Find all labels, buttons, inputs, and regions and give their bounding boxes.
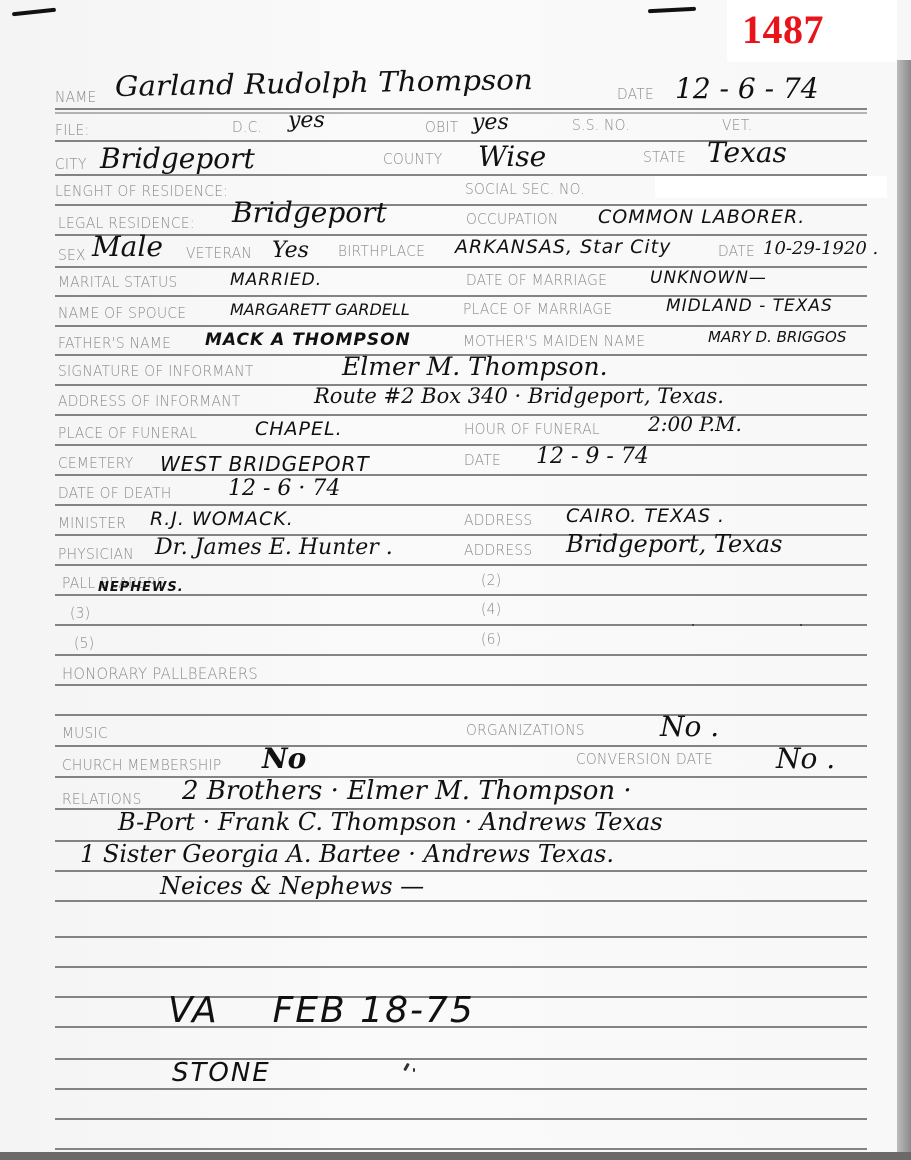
ink-speck <box>413 1068 415 1072</box>
cemetery-date-value: 12 - 9 - 74 <box>536 444 649 469</box>
place-of-funeral-label: PLACE OF FUNERAL <box>58 424 197 442</box>
physician-address-value: Bridgeport, Texas <box>566 530 782 558</box>
pallbearer-slot-4: (4) <box>481 600 501 618</box>
physician-address-label: ADDRESS <box>464 541 532 559</box>
form-line <box>55 1118 867 1120</box>
informant-signature-value: Elmer M. Thompson. <box>342 352 608 381</box>
music-label: MUSIC <box>62 724 108 742</box>
social-sec-no-label: SOCIAL SEC. NO. <box>465 180 585 198</box>
form-line <box>55 654 867 656</box>
county-value: Wise <box>478 140 546 173</box>
conversion-date-label: CONVERSION DATE <box>576 750 713 768</box>
mothers-maiden-name-value: MARY D. BRIGGOS <box>708 328 846 346</box>
physician-label: PHYSICIAN <box>58 545 134 563</box>
minister-label: MINISTER <box>58 514 126 532</box>
form-line <box>55 966 867 968</box>
page-number: 1487 <box>742 6 824 53</box>
hour-of-funeral-label: HOUR OF FUNERAL <box>464 420 600 438</box>
cemetery-label: CEMETERY <box>58 454 133 472</box>
scan-edge-shadow <box>897 60 911 1160</box>
vet-label: VET. <box>722 116 752 134</box>
form-line <box>55 745 867 747</box>
pallbearers-value: NEPHEWS. <box>98 580 184 595</box>
place-of-marriage-value: MIDLAND - TEXAS <box>666 296 833 316</box>
honorary-pallbearers-label: HONORARY PALLBEARERS <box>62 664 258 683</box>
birthplace-value: ARKANSAS, Star City <box>455 236 671 258</box>
veteran-label: VETERAN <box>186 244 252 262</box>
city-label: CITY <box>55 155 87 173</box>
name-value: Garland Rudolph Thompson <box>115 63 533 103</box>
church-membership-label: CHURCH MEMBERSHIP <box>62 756 222 774</box>
form-line <box>55 936 867 938</box>
informant-address-value: Route #2 Box 340 · Bridgeport, Texas. <box>314 384 724 408</box>
spouse-value: MARGARETT GARDELL <box>230 300 410 319</box>
veteran-value: Yes <box>272 238 309 263</box>
church-membership-value: No <box>262 742 306 775</box>
physician-value: Dr. James E. Hunter . <box>155 535 393 560</box>
form-line <box>55 112 867 114</box>
obit-value: yes <box>472 110 509 135</box>
date-of-marriage-label: DATE OF MARRIAGE <box>466 271 607 289</box>
relations-line-1: 2 Brothers · Elmer M. Thompson · <box>182 776 632 806</box>
ink-speck <box>800 624 802 626</box>
organizations-value: No . <box>660 710 719 743</box>
legal-residence-value: Bridgeport <box>232 196 387 229</box>
informant-signature-label: SIGNATURE OF INFORMANT <box>58 362 254 380</box>
form-line <box>55 714 867 716</box>
date-of-death-value: 12 - 6 · 74 <box>228 476 340 501</box>
county-label: COUNTY <box>383 150 442 168</box>
form-line <box>55 624 867 626</box>
date-of-marriage-value: UNKNOWN— <box>650 268 767 288</box>
occupation-label: OCCUPATION <box>466 210 558 228</box>
fathers-name-value: MACK A THOMPSON <box>205 330 411 350</box>
minister-address-value: CAIRO. TEXAS . <box>566 505 725 527</box>
spouse-label: NAME OF SPOUCE <box>58 304 186 322</box>
note-stone: STONE <box>172 1058 271 1088</box>
city-value: Bridgeport <box>100 142 255 175</box>
sex-label: SEX <box>58 246 86 264</box>
form-line <box>55 564 867 566</box>
date-of-death-label: DATE OF DEATH <box>58 484 172 502</box>
place-of-marriage-label: PLACE OF MARRIAGE <box>463 300 612 318</box>
marital-status-label: MARITAL STATUS <box>58 273 178 291</box>
relations-line-4: Neices & Nephews — <box>160 872 424 900</box>
form-line <box>55 1088 867 1090</box>
birth-date-label: DATE <box>718 242 755 260</box>
birth-date-value: 10-29-1920 . <box>763 238 878 259</box>
cemetery-value: WEST BRIDGEPORT <box>160 452 370 476</box>
birthplace-label: BIRTHPLACE <box>338 242 425 260</box>
pallbearer-slot-6: (6) <box>481 630 501 648</box>
state-value: Texas <box>707 136 787 169</box>
pallbearer-slot-5: (5) <box>74 634 94 652</box>
date-label: DATE <box>617 85 654 103</box>
minister-value: R.J. WOMACK. <box>150 508 294 530</box>
form-line <box>55 414 867 416</box>
pallbearer-slot-2: (2) <box>481 571 501 589</box>
place-of-funeral-value: CHAPEL. <box>255 418 343 440</box>
form-line <box>55 444 867 446</box>
form-line <box>55 504 867 506</box>
form-line <box>55 108 867 110</box>
note-va-date: VA FEB 18-75 <box>168 990 475 1031</box>
hour-of-funeral-value: 2:00 P.M. <box>648 412 742 436</box>
relations-line-3: 1 Sister Georgia A. Bartee · Andrews Tex… <box>80 840 614 868</box>
correction-patch <box>655 176 887 198</box>
organizations-label: ORGANIZATIONS <box>466 721 585 739</box>
cemetery-date-label: DATE <box>464 451 501 469</box>
ink-speck <box>692 624 694 626</box>
occupation-value: COMMON LABORER. <box>598 206 805 228</box>
file-label: FILE: <box>55 121 89 139</box>
informant-address-label: ADDRESS OF INFORMANT <box>58 392 241 410</box>
dc-label: D.C. <box>232 118 262 136</box>
fathers-name-label: FATHER'S NAME <box>58 334 171 352</box>
form-line <box>55 1148 867 1150</box>
conversion-date-value: No . <box>776 742 835 775</box>
sex-value: Male <box>92 230 163 263</box>
form-line <box>55 684 867 686</box>
pallbearer-slot-3: (3) <box>70 604 90 622</box>
obit-label: OBIT <box>425 118 459 136</box>
mothers-maiden-name-label: MOTHER'S MAIDEN NAME <box>463 332 645 350</box>
form-line <box>55 900 867 902</box>
date-value: 12 - 6 - 74 <box>675 72 819 105</box>
relations-label: RELATIONS <box>62 790 142 808</box>
minister-address-label: ADDRESS <box>464 511 532 529</box>
name-label: NAME <box>55 88 97 106</box>
dc-value: yes <box>288 108 325 133</box>
ss-no-label: S.S. NO. <box>572 116 630 134</box>
state-label: STATE <box>643 148 686 166</box>
marital-status-value: MARRIED. <box>230 270 322 290</box>
length-of-residence-label: LENGHT OF RESIDENCE: <box>55 182 228 200</box>
scan-bottom-edge <box>0 1152 911 1160</box>
form-line <box>55 325 867 327</box>
relations-line-2: B-Port · Frank C. Thompson · Andrews Tex… <box>118 808 663 836</box>
